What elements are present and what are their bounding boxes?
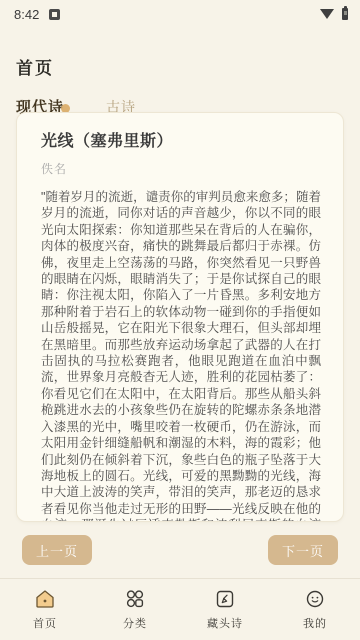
home-icon bbox=[34, 588, 56, 610]
poem-body: "随着岁月的流逝，谴责你的审判员愈来愈多；随着岁月的流逝，同你对话的声音越少，你… bbox=[41, 189, 321, 522]
pager: 上一页 下一页 bbox=[0, 535, 360, 565]
wifi-icon bbox=[320, 9, 334, 19]
nav-item-categories[interactable]: 分类 bbox=[90, 579, 180, 640]
nav-label-home: 首页 bbox=[33, 615, 57, 631]
profile-icon bbox=[304, 588, 326, 610]
nav-item-acrostic[interactable]: 藏头诗 bbox=[180, 579, 270, 640]
status-bar: 8:42 bbox=[0, 0, 360, 24]
notification-icon bbox=[49, 9, 60, 20]
poem-card: 光线（塞弗里斯） 佚名 "随着岁月的流逝，谴责你的审判员愈来愈多；随着岁月的流逝… bbox=[16, 112, 344, 522]
poem-author: 佚名 bbox=[41, 160, 321, 177]
page-title: 首页 bbox=[16, 54, 360, 79]
acrostic-poem-icon bbox=[214, 588, 236, 610]
nav-label-acrostic: 藏头诗 bbox=[207, 615, 243, 631]
nav-item-home[interactable]: 首页 bbox=[0, 579, 90, 640]
battery-icon bbox=[342, 8, 348, 20]
nav-label-categories: 分类 bbox=[123, 615, 147, 631]
nav-item-profile[interactable]: 我的 bbox=[270, 579, 360, 640]
prev-page-button[interactable]: 上一页 bbox=[22, 535, 92, 565]
bottom-nav: 首页 分类 藏头诗 我的 bbox=[0, 578, 360, 640]
nav-label-profile: 我的 bbox=[303, 615, 327, 631]
poem-title: 光线（塞弗里斯） bbox=[41, 128, 321, 151]
next-page-button[interactable]: 下一页 bbox=[268, 535, 338, 565]
app-screen: { "status_bar": { "time": "8:42" }, "hea… bbox=[0, 0, 360, 640]
status-time: 8:42 bbox=[14, 7, 39, 22]
category-icon bbox=[124, 588, 146, 610]
